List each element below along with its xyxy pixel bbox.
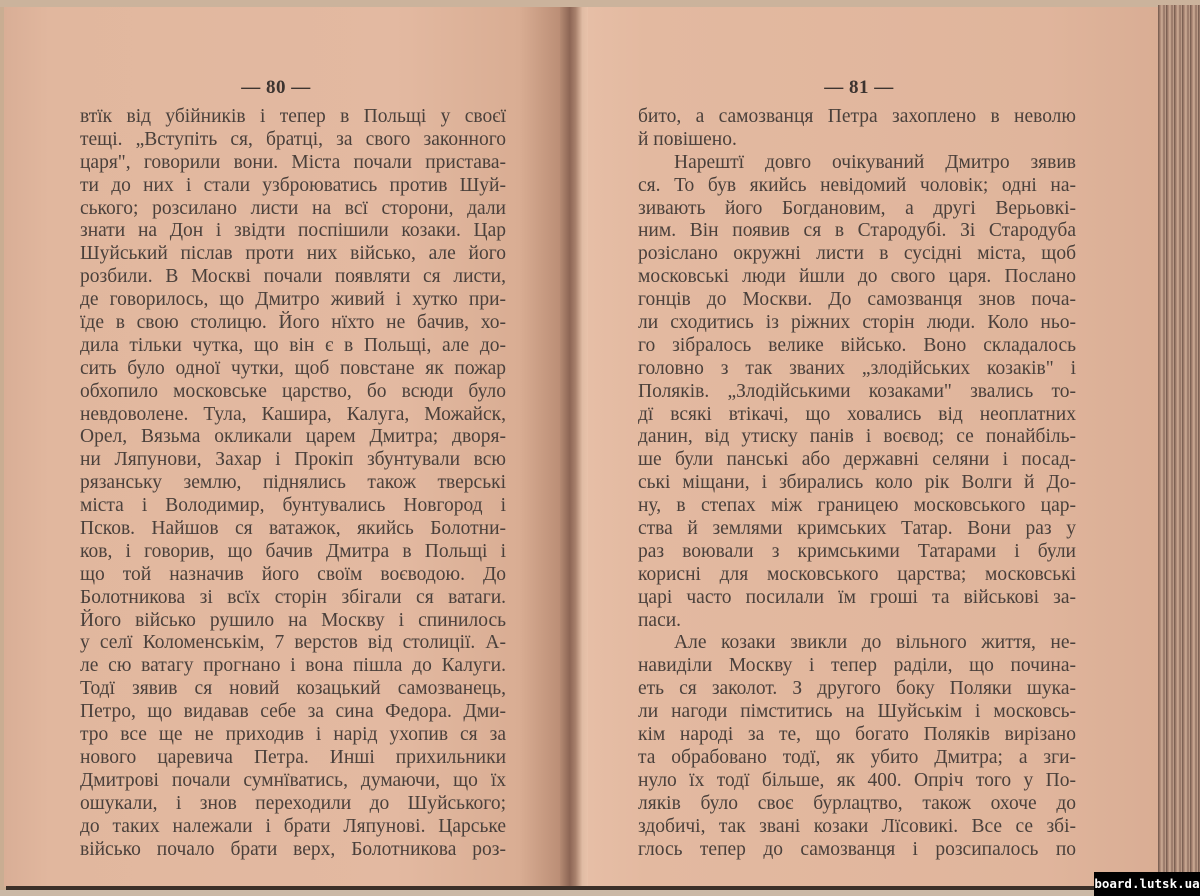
text-line: Поляків. „Злодійськими козаками" звались…	[638, 381, 1076, 404]
text-line: невдоволене. Тула, Кашира, Калуга, Можай…	[80, 404, 506, 427]
text-line: паси.	[638, 610, 1076, 633]
text-line: навиділи Москву і тепер раділи, що почин…	[638, 655, 1076, 678]
text-line: зивають його Богдановим, а другі Верьовк…	[638, 198, 1076, 221]
text-line: до таких належали і брати Ляпунові. Царс…	[80, 816, 506, 839]
text-line: ські міщани, і збирались коло рік Волги …	[638, 472, 1076, 495]
text-line: дила тільки чутка, що він є в Польщі, ал…	[80, 335, 506, 358]
right-page: — 81 — бито, а самозванця Петра захоплен…	[588, 7, 1158, 887]
book-gutter-shadow	[560, 7, 588, 887]
text-line: кім народі за те, що богато Поляків вирі…	[638, 724, 1076, 747]
paragraph-start-line: Але козаки звикли до вільного життя, не-	[638, 632, 1076, 655]
text-line: Його військо рушило на Москву і спинилос…	[80, 610, 506, 633]
text-line: у селї Коломенськім, 7 верстов від столи…	[80, 632, 506, 655]
text-line: дї всякі втікачі, що ховались від неопла…	[638, 404, 1076, 427]
text-line: військо почало брати верх, Болотникова р…	[80, 839, 506, 862]
text-line: еть ся заколот. З другого боку Поляки шу…	[638, 678, 1076, 701]
text-line: рязанську землю, піднялись також тверськ…	[80, 472, 506, 495]
page-body-text: втїк від убійників і тепер в Польщі у св…	[80, 106, 506, 861]
text-line: ли сходитись із ріжних сторін люди. Коло…	[638, 312, 1076, 335]
page-number: — 80 —	[0, 77, 556, 99]
text-line: головно з так званих „злодійських козакі…	[638, 358, 1076, 381]
text-line: царі часто посилали їм гроші та військов…	[638, 587, 1076, 610]
text-line: тро все ще не приходив і нарід ухопив ся…	[80, 724, 506, 747]
scan-top-edge	[0, 0, 1200, 7]
text-line: нового царевича Петра. Инші прихильники	[80, 747, 506, 770]
text-line: тещі. „Вступіть ся, братці, за свого зак…	[80, 129, 506, 152]
text-line: розбили. В Москві почали появляти ся лис…	[80, 266, 506, 289]
text-line: московські люди йшли до свого царя. Посл…	[638, 266, 1076, 289]
text-line: де говорилось, що Дмитро живий і хутко п…	[80, 289, 506, 312]
text-line: та обрабовано тодї, як убито Дмитра; а з…	[638, 747, 1076, 770]
text-line: ся. То був якийсь невідомий чоловік; одн…	[638, 175, 1076, 198]
watermark-label: board.lutsk.ua	[1094, 872, 1200, 896]
page-body-text: бито, а самозванця Петра захоплено в нев…	[638, 106, 1076, 861]
text-line: ли нагоди пімститись на Шуйськім і моско…	[638, 701, 1076, 724]
page-number: — 81 —	[574, 77, 1144, 99]
book-spread: — 80 — втїк від убійників і тепер в Поль…	[0, 0, 1200, 896]
text-line: раз воювали з кримськими Татарами і були	[638, 541, 1076, 564]
text-line: обхопило московське царство, бо всюди бу…	[80, 381, 506, 404]
left-page: — 80 — втїк від убійників і тепер в Поль…	[4, 7, 564, 887]
scan-bottom-edge	[0, 890, 1200, 896]
text-line: данин, від утиску панів і воєвод; се пон…	[638, 426, 1076, 449]
text-line: ства й землями кримських Татар. Вони раз…	[638, 518, 1076, 541]
text-line: розіслано окружні листи в сусідні міста,…	[638, 243, 1076, 266]
text-line: Тодї зявив ся новий козацький самозванец…	[80, 678, 506, 701]
text-line: гонців до Москви. До самозванця знов поч…	[638, 289, 1076, 312]
text-line: нуло їх тодї більше, як 400. Опріч того …	[638, 770, 1076, 793]
text-line: втїк від убійників і тепер в Польщі у св…	[80, 106, 506, 129]
text-line: Дмитрові почали сумнїватись, думаючи, що…	[80, 770, 506, 793]
text-line: ше були панські або державні селяни і по…	[638, 449, 1076, 472]
text-line: ти до них і стали узброюватись против Шу…	[80, 175, 506, 198]
text-line: що той назначив його своїм воєводою. До	[80, 564, 506, 587]
text-line: бито, а самозванця Петра захоплено в нев…	[638, 106, 1076, 129]
text-line: го зібралось велике військо. Воно склада…	[638, 335, 1076, 358]
text-line: корисні для московського царства; москов…	[638, 564, 1076, 587]
text-line: глось тепер до самозванця і розсипалось …	[638, 839, 1076, 862]
text-line: ського; розсилано листи на всї сторони, …	[80, 198, 506, 221]
text-line: ков, і говорив, що бачив Дмитра в Польщі…	[80, 541, 506, 564]
text-line: Шуйський післав проти них військо, але й…	[80, 243, 506, 266]
text-line: здобичі, так звані козаки Лїсовикі. Все …	[638, 816, 1076, 839]
text-line: Орел, Вязьма окликали царем Дмитра; двор…	[80, 426, 506, 449]
text-line: міста і Володимир, бунтувались Новгород …	[80, 495, 506, 518]
book-page-edges	[1158, 5, 1200, 890]
text-line: ну, в степах між границею московського ц…	[638, 495, 1076, 518]
text-line: ле сю ватагу прогнано і вона пішла до Ка…	[80, 655, 506, 678]
text-line: сить було одної чутки, щоб повстане як п…	[80, 358, 506, 381]
text-line: й повішено.	[638, 129, 1076, 152]
text-line: їде в свою столицю. Його нїхто не бачив,…	[80, 312, 506, 335]
text-line: знати на Дон і звідти поспішили козаки. …	[80, 220, 506, 243]
text-line: ним. Він появив ся в Стародубі. Зі Старо…	[638, 220, 1076, 243]
text-line: ляків було своє бурлацтво, також охоче д…	[638, 793, 1076, 816]
text-line: Петро, що видавав себе за сина Федора. Д…	[80, 701, 506, 724]
text-line: ошукали, і знов переходили до Шуйського;	[80, 793, 506, 816]
text-line: царя", говорили вони. Міста почали прист…	[80, 152, 506, 175]
text-line: ни Ляпунови, Захар і Прокіп збунтували в…	[80, 449, 506, 472]
paragraph-start-line: Нарештї довго очікуваний Дмитро зявив	[638, 152, 1076, 175]
text-line: Псков. Найшов ся ватажок, якийсь Болотни…	[80, 518, 506, 541]
text-line: Болотникова зі всїх сторін збігали ся ва…	[80, 587, 506, 610]
